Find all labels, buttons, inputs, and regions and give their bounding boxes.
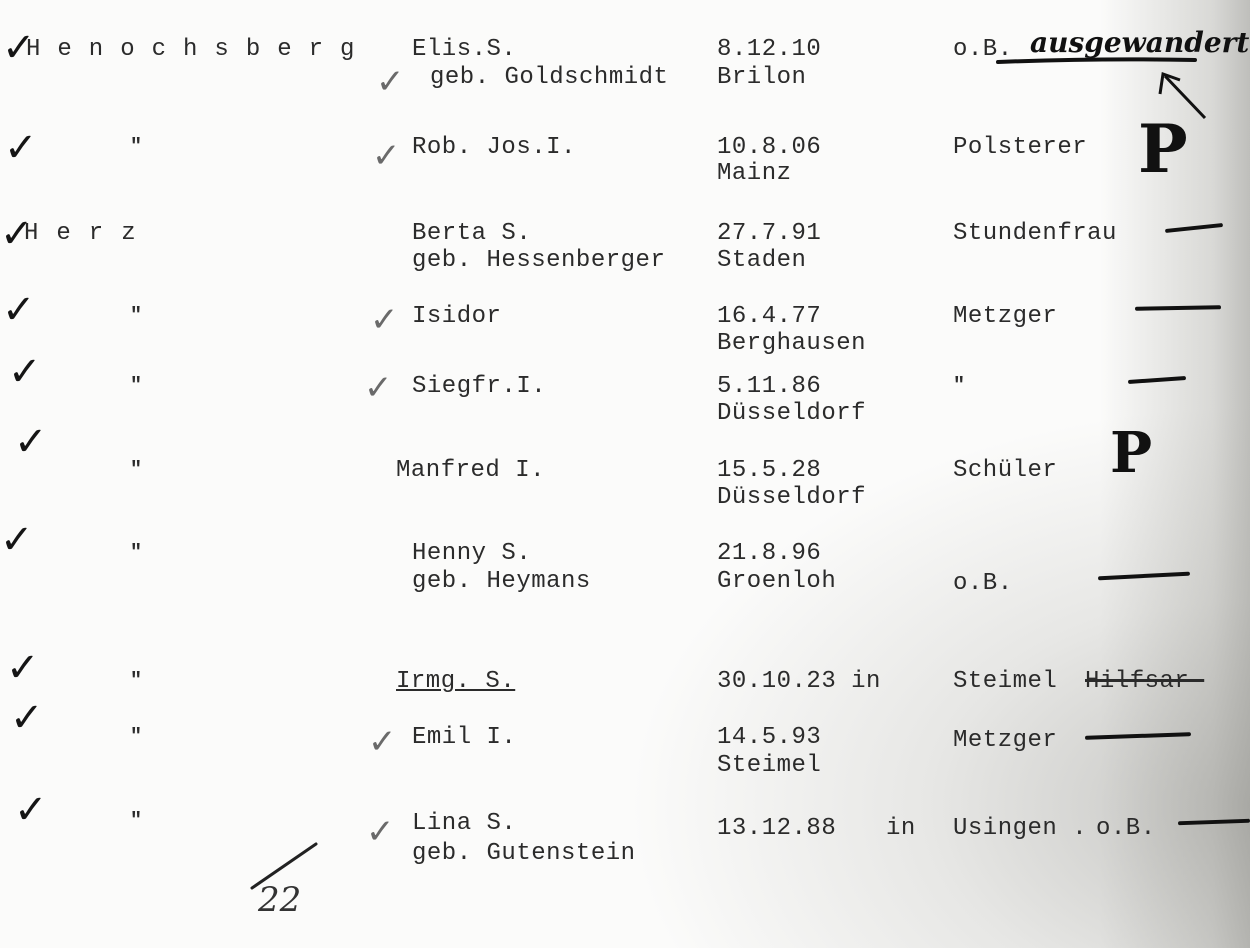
ditto-mark: ": [953, 373, 966, 401]
birth-place-prefix: in: [886, 815, 916, 843]
handwritten-dash: [1165, 223, 1223, 233]
ditto-mark: ": [130, 134, 143, 162]
archival-list-page: ✓ Henochsberg Elis.S. ✓ geb. Goldschmidt…: [0, 0, 1250, 948]
occupation: Metzger: [953, 303, 1057, 331]
struck-occupation: Hilfsar-: [1085, 668, 1204, 696]
birth-date: 27.7.91: [717, 220, 821, 248]
check-mark-icon: ✓: [376, 62, 405, 102]
ditto-mark: ": [130, 668, 143, 696]
ditto-mark: ": [130, 373, 143, 401]
given-name: Berta S.: [412, 220, 531, 248]
birth-date: 8.12.10: [717, 36, 821, 64]
birth-date: 15.5.28: [717, 457, 821, 485]
handwritten-dash: [1085, 732, 1191, 740]
check-mark-icon: ✓: [370, 300, 399, 340]
birth-date: 16.4.77: [717, 303, 821, 331]
check-mark-icon: ✓: [372, 136, 401, 176]
birth-place: Düsseldorf: [717, 484, 866, 512]
occupation: Schüler: [953, 457, 1057, 485]
occupation: Stundenfrau: [953, 220, 1117, 248]
maiden-name: geb. Gutenstein: [412, 840, 636, 868]
page-number: 22: [258, 880, 301, 920]
birth-date: 21.8.96: [717, 540, 821, 568]
handwritten-dash: [1135, 305, 1221, 311]
ditto-mark: ": [130, 457, 143, 485]
given-name: Manfred I.: [396, 457, 545, 485]
given-name: Lina S.: [412, 810, 516, 838]
ditto-mark: ": [130, 724, 143, 752]
birth-place: Steimel: [717, 752, 821, 780]
handwritten-dash: [1178, 819, 1250, 826]
occupation: o.B.: [1096, 815, 1156, 843]
birth-date: 13.12.88: [717, 815, 836, 843]
birth-date: 10.8.06: [717, 134, 821, 162]
handwritten-note: ausgewandert?: [1030, 26, 1250, 59]
handwritten-note: P: [1138, 110, 1188, 188]
maiden-name: geb. Goldschmidt: [430, 64, 668, 92]
check-mark-icon: ✓: [14, 790, 48, 830]
check-mark-icon: ✓: [4, 128, 38, 168]
given-name: Henny S.: [412, 540, 531, 568]
occupation: o.B.: [953, 36, 1013, 64]
given-name: Siegfr.I.: [412, 373, 546, 401]
maiden-name: geb. Hessenberger: [412, 247, 665, 275]
check-mark-icon: ✓: [368, 722, 397, 762]
check-mark-icon: ✓: [14, 422, 48, 462]
ditto-mark: ": [130, 540, 143, 568]
birth-date: 5.11.86: [717, 373, 821, 401]
birth-place: Berghausen: [717, 330, 866, 358]
birth-place: Düsseldorf: [717, 400, 866, 428]
birth-place: Staden: [717, 247, 806, 275]
given-name: Irmg. S.: [396, 668, 515, 696]
check-mark-icon: ✓: [366, 812, 395, 852]
birth-place: Brilon: [717, 64, 806, 92]
check-mark-icon: ✓: [10, 698, 44, 738]
birth-date: 30.10.23 in: [717, 668, 881, 696]
check-mark-icon: ✓: [0, 520, 34, 560]
check-mark-icon: ✓: [6, 648, 40, 688]
handwritten-dash: [1098, 572, 1190, 581]
ditto-mark: ": [130, 303, 143, 331]
handwritten-dash: [1128, 376, 1186, 384]
given-name: Emil I.: [412, 724, 516, 752]
birth-place: Usingen .: [953, 815, 1087, 843]
occupation: o.B.: [953, 570, 1013, 598]
given-name: Isidor: [412, 303, 501, 331]
occupation: Metzger: [953, 727, 1057, 755]
given-name: Rob. Jos.I.: [412, 134, 576, 162]
birth-place: Mainz: [717, 160, 792, 188]
check-mark-icon: ✓: [364, 368, 393, 408]
check-mark-icon: ✓: [8, 352, 42, 392]
handwritten-note: P: [1110, 420, 1152, 486]
occupation: Polsterer: [953, 134, 1087, 162]
given-name: Elis.S.: [412, 36, 516, 64]
birth-date: 14.5.93: [717, 724, 821, 752]
check-mark-icon: ✓: [2, 290, 36, 330]
maiden-name: geb. Heymans: [412, 568, 591, 596]
surname: Henochsberg: [26, 36, 371, 64]
birth-place: Steimel: [953, 668, 1057, 696]
ditto-mark: ": [130, 808, 143, 836]
surname: Herz: [24, 220, 154, 248]
birth-place: Groenloh: [717, 568, 836, 596]
